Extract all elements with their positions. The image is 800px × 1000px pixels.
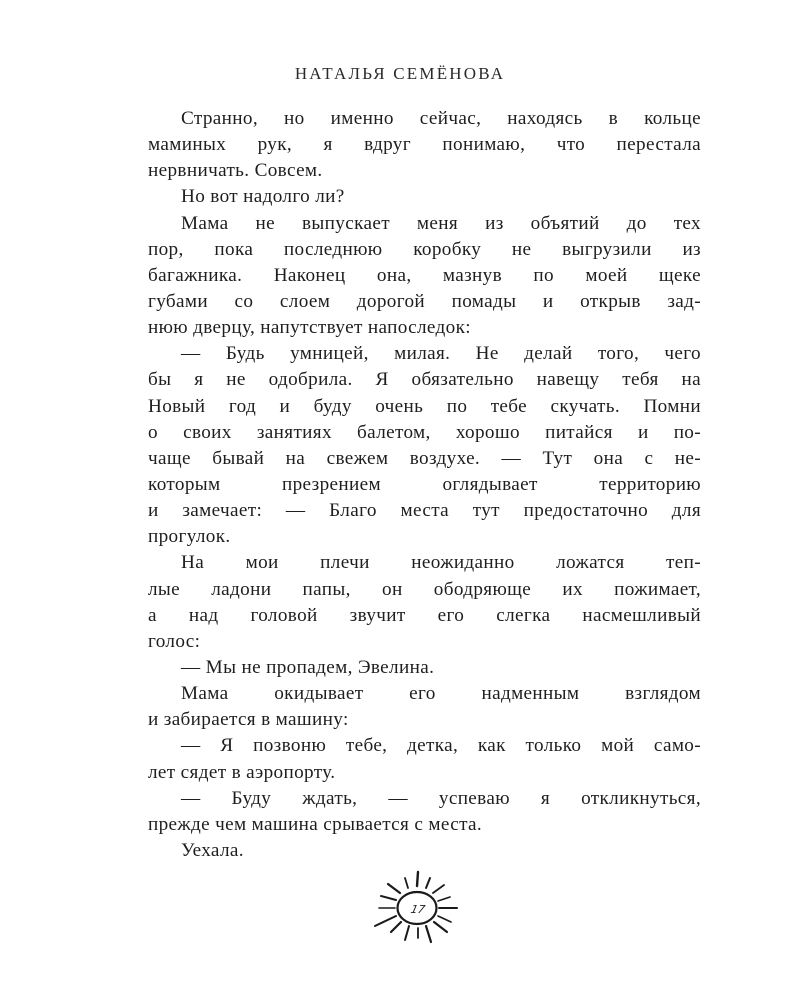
text-line: и замечает: — Благо места тут предостато… <box>148 498 701 524</box>
text-line: а над головой звучит его слегка насмешли… <box>148 603 701 629</box>
text-line: Новый год и буду очень по тебе скучать. … <box>148 394 701 420</box>
text-line: маминых рук, я вдруг понимаю, что перест… <box>148 132 701 158</box>
text-line: пор, пока последнюю коробку не выгрузили… <box>148 237 701 263</box>
text-line: лет сядет в аэропорту. <box>148 760 701 786</box>
text-line: чаще бывай на свежем воздухе. — Тут она … <box>148 446 701 472</box>
text-line: о своих занятиях балетом, хорошо питайся… <box>148 420 701 446</box>
page-folio: 17 <box>371 866 463 950</box>
text-line: лые ладони папы, он ободряюще их пожимае… <box>148 577 701 603</box>
text-line: багажника. Наконец она, мазнув по моей щ… <box>148 263 701 289</box>
text-line: — Будь умницей, милая. Не делай того, че… <box>148 341 701 367</box>
text-line: — Мы не пропадем, Эвелина. <box>148 655 701 681</box>
text-line: нервничать. Совсем. <box>148 158 701 184</box>
text-line: Но вот надолго ли? <box>148 184 701 210</box>
text-line: прогулок. <box>148 524 701 550</box>
text-line: и забирается в машину: <box>148 707 701 733</box>
text-line: нюю дверцу, напутствует напоследок: <box>148 315 701 341</box>
text-line: прежде чем машина срывается с места. <box>148 812 701 838</box>
text-line: бы я не одобрила. Я обязательно навещу т… <box>148 367 701 393</box>
text-line: Мама не выпускает меня из объятий до тех <box>148 211 701 237</box>
body-text: Странно, но именно сейчас, находясь в ко… <box>148 106 701 864</box>
text-line: губами со слоем дорогой помады и открыв … <box>148 289 701 315</box>
text-line: Уехала. <box>148 838 701 864</box>
text-line: На мои плечи неожиданно ложатся теп- <box>148 550 701 576</box>
text-line: Мама окидывает его надменным взглядом <box>148 681 701 707</box>
text-line: которым презрением оглядывает территорию <box>148 472 701 498</box>
text-line: — Я позвоню тебе, детка, как только мой … <box>148 733 701 759</box>
running-head: НАТАЛЬЯ СЕМЁНОВА <box>0 64 800 84</box>
page-number: 17 <box>363 867 473 951</box>
text-line: — Буду ждать, — успеваю я откликнуться, <box>148 786 701 812</box>
text-line: голос: <box>148 629 701 655</box>
text-line: Странно, но именно сейчас, находясь в ко… <box>148 106 701 132</box>
